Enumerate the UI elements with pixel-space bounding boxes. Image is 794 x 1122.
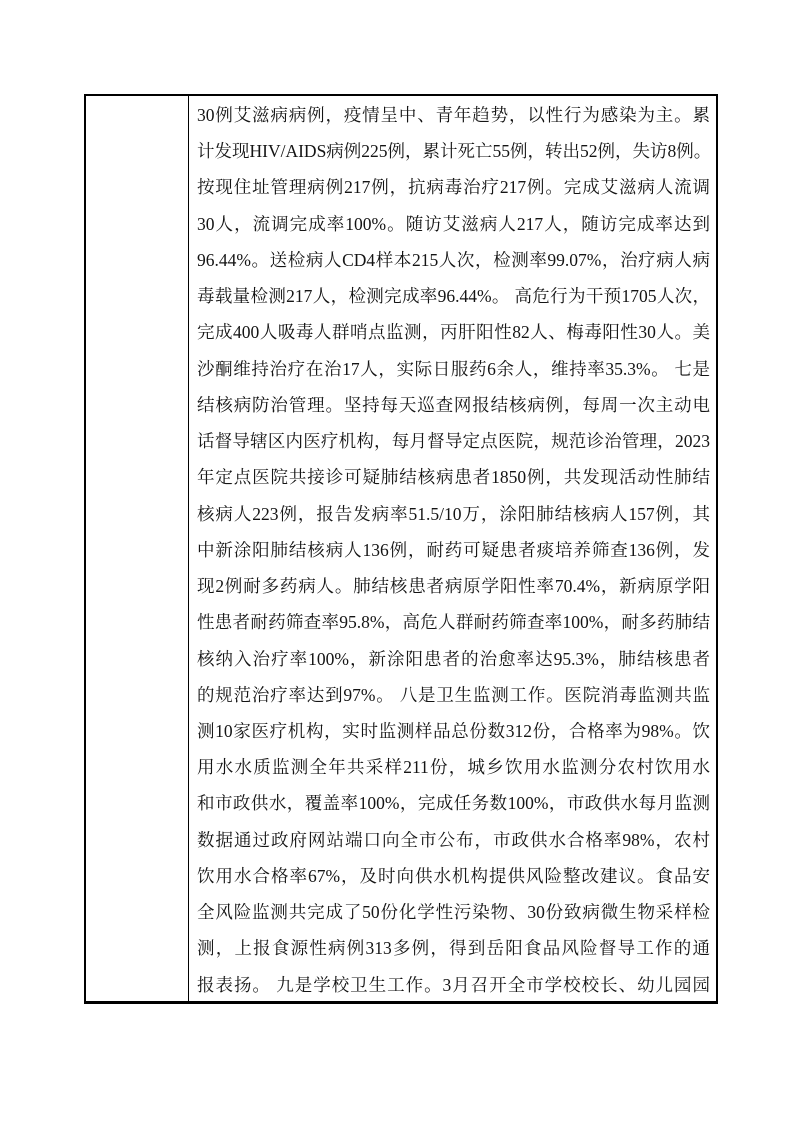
text-line: 饮用水合格率67%，及时向供水机构提供风险整改建议。食品安 xyxy=(197,858,710,894)
text-line: 结核病防治管理。坚持每天巡查网报结核病例，每周一次主动电 xyxy=(197,387,710,423)
text-line: 30人，流调完成率100%。随访艾滋病人217人，随访完成率达到 xyxy=(197,206,710,242)
table-cell-content: 30例艾滋病病例，疫情呈中、青年趋势，以性行为感染为主。累 计发现HIV/AID… xyxy=(189,96,716,1001)
text-line: 全风险监测共完成了50份化学性污染物、30份致病微生物采样检 xyxy=(197,894,710,930)
text-line: 核纳入治疗率100%，新涂阳患者的治愈率达95.3%，肺结核患者 xyxy=(197,641,710,677)
text-line: 用水水质监测全年共采样211份，城乡饮用水监测分农村饮用水 xyxy=(197,749,710,785)
text-line: 中新涂阳肺结核病人136例，耐药可疑患者痰培养筛查136例，发 xyxy=(197,532,710,568)
text-line: 话督导辖区内医疗机构，每月督导定点医院，规范诊治管理，2023 xyxy=(197,423,710,459)
text-line: 报表扬。 九是学校卫生工作。3月召开全市学校校长、幼儿园园 xyxy=(197,967,710,1001)
text-line: 30例艾滋病病例，疫情呈中、青年趋势，以性行为感染为主。累 xyxy=(197,97,710,133)
document-page: 30例艾滋病病例，疫情呈中、青年趋势，以性行为感染为主。累 计发现HIV/AID… xyxy=(0,0,794,1122)
text-line: 现2例耐多药病人。肺结核患者病原学阳性率70.4%，新病原学阳 xyxy=(197,568,710,604)
text-line: 测10家医疗机构，实时监测样品总份数312份，合格率为98%。饮 xyxy=(197,713,710,749)
text-line: 数据通过政府网站端口向全市公布，市政供水合格率98%，农村 xyxy=(197,822,710,858)
text-line: 完成400人吸毒人群哨点监测，丙肝阳性82人、梅毒阳性30人。美 xyxy=(197,314,710,350)
report-table: 30例艾滋病病例，疫情呈中、青年趋势，以性行为感染为主。累 计发现HIV/AID… xyxy=(84,94,718,1004)
text-line: 性患者耐药筛查率95.8%，高危人群耐药筛查率100%，耐多药肺结 xyxy=(197,604,710,640)
text-line: 按现住址管理病例217例，抗病毒治疗217例。完成艾滋病人流调 xyxy=(197,169,710,205)
text-line: 的规范治疗率达到97%。 八是卫生监测工作。医院消毒监测共监 xyxy=(197,677,710,713)
table-cell-label xyxy=(86,96,189,1001)
text-line: 年定点医院共接诊可疑肺结核病患者1850例，共发现活动性肺结 xyxy=(197,459,710,495)
text-line: 沙酮维持治疗在治17人，实际日服药6余人，维持率35.3%。 七是 xyxy=(197,351,710,387)
text-line: 核病人223例，报告发病率51.5/10万，涂阳肺结核病人157例，其 xyxy=(197,496,710,532)
text-line: 和市政供水，覆盖率100%，完成任务数100%，市政供水每月监测 xyxy=(197,785,710,821)
text-line: 96.44%。送检病人CD4样本215人次，检测率99.07%，治疗病人病 xyxy=(197,242,710,278)
text-line: 计发现HIV/AIDS病例225例，累计死亡55例，转出52例，失访8例。 xyxy=(197,133,710,169)
text-line: 毒载量检测217人，检测完成率96.44%。 高危行为干预1705人次， xyxy=(197,278,710,314)
text-line: 测，上报食源性病例313多例，得到岳阳食品风险督导工作的通 xyxy=(197,930,710,966)
